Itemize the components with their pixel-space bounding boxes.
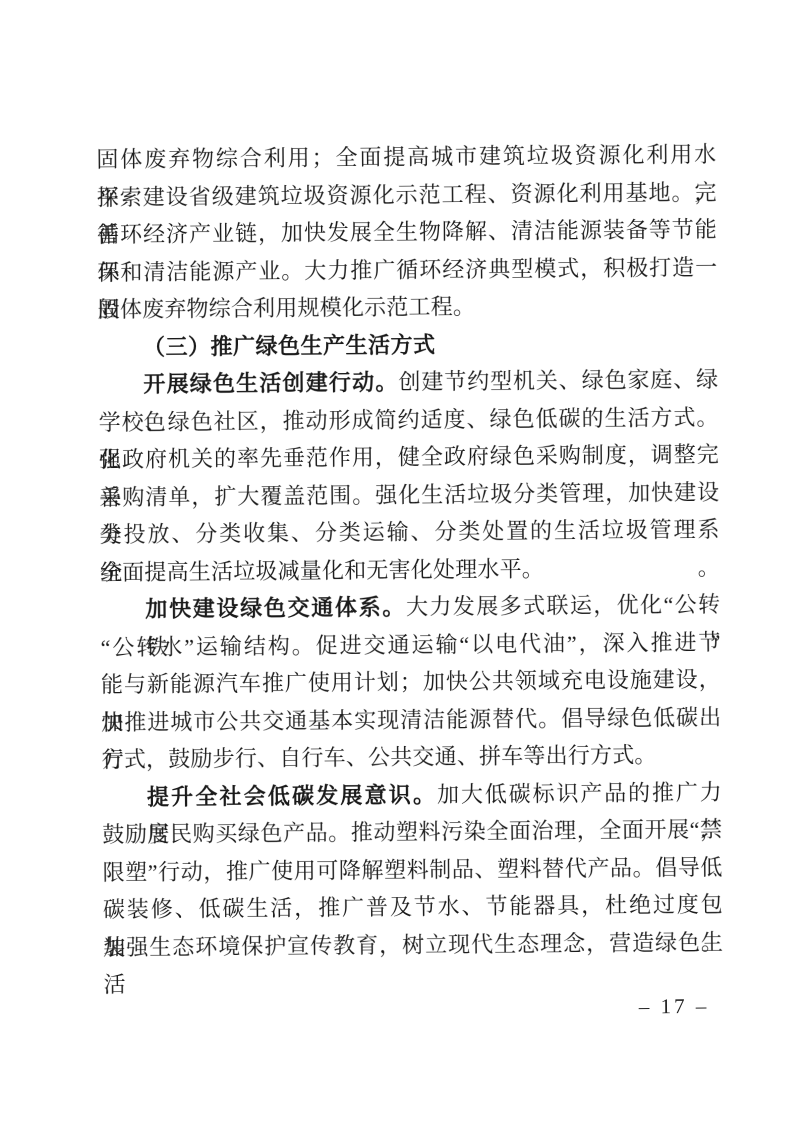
text-line: 提升全社会低碳发展意识。加大低碳标识产品的推广力度，	[102, 773, 722, 816]
text-line: 能与新能源汽车推广使用计划；加快公共领域充电设施建设，加	[101, 661, 721, 704]
page-footer: – 17 –	[639, 994, 710, 1020]
text-line: 快推进城市公共交通基本实现清洁能源替代。倡导绿色低碳出行	[101, 698, 721, 741]
text-line: 探索建设省级建筑垃圾资源化示范工程、资源化利用基地。完善	[97, 173, 717, 216]
line-text: 加强生态环境保护宣传教育，树立现代生态理念，营造绿色生活	[103, 929, 723, 997]
text-line: 鼓励居民购买绿色产品。推动塑料污染全面治理，全面开展“禁	[102, 811, 722, 854]
text-line: 固体废弃物综合利用；全面提高城市建筑垃圾资源化利用水平，	[96, 136, 716, 179]
text-line: 加快建设绿色交通体系。大力发展多式联运，优化“公转铁”	[100, 586, 720, 629]
section-heading-text: （三）推广绿色生产生活方式	[143, 332, 436, 360]
line-text: 固体废弃物综合利用规模化示范工程。	[98, 294, 476, 322]
text-line: 类投放、分类收集、分类运输、分类处置的生活垃圾管理系统。	[100, 511, 720, 554]
text-line: 学校、绿色社区，推动形成简约适度、绿色低碳的生活方式。强	[99, 398, 719, 441]
paragraph-lead: 加快建设绿色交通体系。	[145, 594, 406, 621]
page-number: – 17 –	[639, 994, 710, 1019]
text-line: 固体废弃物综合利用规模化示范工程。	[98, 286, 718, 329]
text-line: 碳装修、低碳生活，推广普及节水、节能器具，杜绝过度包装。	[103, 886, 723, 929]
line-text: 限塑”行动，推广使用可降解塑料制品、塑料替代产品。倡导低	[103, 854, 723, 884]
text-line: 循环经济产业链，加快发展全生物降解、清洁能源装备等节能环	[97, 211, 717, 254]
text-column: 固体废弃物综合利用；全面提高城市建筑垃圾资源化利用水平， 探索建设省级建筑垃圾资…	[96, 136, 723, 966]
text-line: 方式，鼓励步行、自行车、公共交通、拼车等出行方式。	[101, 736, 721, 779]
paragraph-lead: 开展绿色生活创建行动。	[143, 370, 398, 397]
text-line: 采购清单，扩大覆盖范围。强化生活垃圾分类管理，加快建设分	[99, 473, 719, 516]
document-page: { "lines": [ { "lead": "", "text": "固体废弃…	[0, 0, 793, 1122]
scanned-sheet: 固体废弃物综合利用；全面提高城市建筑垃圾资源化利用水平， 探索建设省级建筑垃圾资…	[0, 0, 793, 1122]
text-line: 化政府机关的率先垂范作用，健全政府绿色采购制度，调整完善	[99, 436, 719, 479]
line-text: 全面提高生活垃圾减量化和无害化处理水平。	[100, 556, 544, 585]
paragraph-lead: 提升全社会低碳发展意识。	[147, 782, 437, 810]
section-heading: （三）推广绿色生产生活方式	[98, 323, 718, 366]
line-text: “公转水”运输结构。促进交通运输“以电代油”，深入推进节	[101, 629, 721, 659]
line-text: 方式，鼓励步行、自行车、公共交通、拼车等出行方式。	[102, 742, 657, 772]
text-line: 开展绿色生活创建行动。创建节约型机关、绿色家庭、绿色	[98, 361, 718, 404]
text-line: 限塑”行动，推广使用可降解塑料制品、塑料替代产品。倡导低	[102, 848, 722, 891]
text-line: 保和清洁能源产业。大力推广循环经济典型模式，积极打造一般	[97, 248, 717, 291]
text-line: 加强生态环境保护宣传教育，树立现代生态理念，营造绿色生活	[103, 923, 723, 966]
text-line: “公转水”运输结构。促进交通运输“以电代油”，深入推进节	[100, 623, 720, 666]
line-text: 鼓励居民购买绿色产品。推动塑料污染全面治理，全面开展“禁	[102, 817, 722, 847]
